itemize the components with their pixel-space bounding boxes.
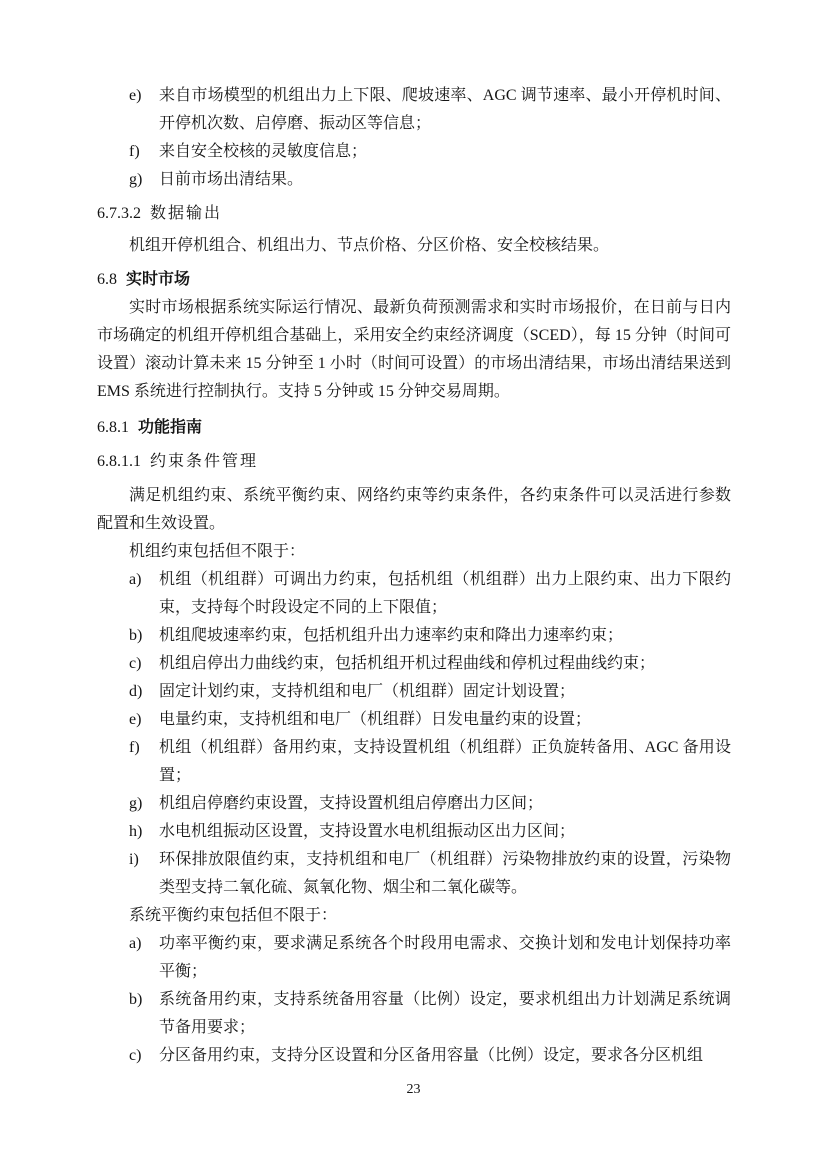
list-item-label: e) xyxy=(129,706,141,734)
list-item: f) 机组（机组群）备用约束，支持设置机组（机组群）正负旋转备用、AGC 备用设… xyxy=(97,734,731,790)
section-number: 6.8.1.1 xyxy=(97,453,141,470)
list-item: f) 来自安全校核的灵敏度信息； xyxy=(97,138,731,166)
list-item: e) 来自市场模型的机组出力上下限、爬坡速率、AGC 调节速率、最小开停机时间、… xyxy=(97,82,731,138)
unit-constraint-list: a) 机组（机组群）可调出力约束，包括机组（机组群）出力上限约束、出力下限约束，… xyxy=(97,566,731,902)
list-item-text: 机组（机组群）备用约束，支持设置机组（机组群）正负旋转备用、AGC 备用设置； xyxy=(159,739,731,784)
section-number: 6.8 xyxy=(97,271,117,288)
list-item-label: f) xyxy=(129,138,140,166)
list-item: a) 机组（机组群）可调出力约束，包括机组（机组群）出力上限约束、出力下限约束，… xyxy=(97,566,731,622)
list-item-text: 机组启停磨约束设置，支持设置机组启停磨出力区间； xyxy=(159,795,543,812)
list-item-text: 系统备用约束，支持系统备用容量（比例）设定，要求机组出力计划满足系统调节备用要求… xyxy=(159,991,731,1036)
list-item-label: e) xyxy=(129,82,141,110)
page-number: 23 xyxy=(0,1082,827,1098)
list-item: c) 分区备用约束，支持分区设置和分区备用容量（比例）设定，要求各分区机组 xyxy=(97,1042,731,1070)
list-item: c) 机组启停出力曲线约束，包括机组开机过程曲线和停机过程曲线约束； xyxy=(97,650,731,678)
paragraph-unit-constraints-lead: 机组约束包括但不限于： xyxy=(97,538,731,566)
list-item: g) 机组启停磨约束设置，支持设置机组启停磨出力区间； xyxy=(97,790,731,818)
list-item-text: 分区备用约束，支持分区设置和分区备用容量（比例）设定，要求各分区机组 xyxy=(159,1047,703,1064)
list-item-text: 机组（机组群）可调出力约束，包括机组（机组群）出力上限约束、出力下限约束，支持每… xyxy=(159,571,731,616)
system-balance-list: a) 功率平衡约束，要求满足系统各个时段用电需求、交换计划和发电计划保持功率平衡… xyxy=(97,930,731,1070)
list-item-label: b) xyxy=(129,986,142,1014)
list-item: d) 固定计划约束，支持机组和电厂（机组群）固定计划设置； xyxy=(97,678,731,706)
list-item-label: b) xyxy=(129,622,142,650)
list-item-text: 机组爬坡速率约束，包括机组升出力速率约束和降出力速率约束； xyxy=(159,627,623,644)
section-title: 功能指南 xyxy=(138,419,202,436)
page-content: e) 来自市场模型的机组出力上下限、爬坡速率、AGC 调节速率、最小开停机时间、… xyxy=(97,82,731,1070)
carryover-list: e) 来自市场模型的机组出力上下限、爬坡速率、AGC 调节速率、最小开停机时间、… xyxy=(97,82,731,194)
list-item-text: 环保排放限值约束，支持机组和电厂（机组群）污染物排放约束的设置，污染物类型支持二… xyxy=(159,851,731,896)
list-item: e) 电量约束，支持机组和电厂（机组群）日发电量约束的设置； xyxy=(97,706,731,734)
list-item-label: c) xyxy=(129,1042,141,1070)
list-item-label: c) xyxy=(129,650,141,678)
section-title: 实时市场 xyxy=(126,271,190,288)
list-item: b) 系统备用约束，支持系统备用容量（比例）设定，要求机组出力计划满足系统调节备… xyxy=(97,986,731,1042)
section-heading-constraint-mgmt: 6.8.1.1约束条件管理 xyxy=(97,448,731,476)
list-item: g) 日前市场出清结果。 xyxy=(97,166,731,194)
section-heading-function-guide: 6.8.1功能指南 xyxy=(97,414,731,442)
list-item-text: 固定计划约束，支持机组和电厂（机组群）固定计划设置； xyxy=(159,683,575,700)
list-item-label: i) xyxy=(129,846,139,874)
paragraph-realtime-market: 实时市场根据系统实际运行情况、最新负荷预测需求和实时市场报价，在日前与日内市场确… xyxy=(97,294,731,406)
section-title: 约束条件管理 xyxy=(150,453,258,470)
section-number: 6.7.3.2 xyxy=(97,205,141,222)
section-heading-data-output: 6.7.3.2数据输出 xyxy=(97,200,731,228)
list-item-label: d) xyxy=(129,678,142,706)
list-item-label: g) xyxy=(129,790,142,818)
paragraph-constraint-intro: 满足机组约束、系统平衡约束、网络约束等约束条件，各约束条件可以灵活进行参数配置和… xyxy=(97,482,731,538)
section-title: 数据输出 xyxy=(150,205,222,222)
paragraph-data-output: 机组开停机组合、机组出力、节点价格、分区价格、安全校核结果。 xyxy=(97,232,731,260)
list-item-text: 功率平衡约束，要求满足系统各个时段用电需求、交换计划和发电计划保持功率平衡； xyxy=(159,935,731,980)
list-item-text: 来自安全校核的灵敏度信息； xyxy=(159,143,367,160)
section-heading-realtime-market: 6.8实时市场 xyxy=(97,266,731,294)
list-item-label: g) xyxy=(129,166,142,194)
list-item: a) 功率平衡约束，要求满足系统各个时段用电需求、交换计划和发电计划保持功率平衡… xyxy=(97,930,731,986)
list-item-text: 水电机组振动区设置，支持设置水电机组振动区出力区间； xyxy=(159,823,575,840)
list-item-label: a) xyxy=(129,930,141,958)
list-item-label: f) xyxy=(129,734,140,762)
list-item-text: 机组启停出力曲线约束，包括机组开机过程曲线和停机过程曲线约束； xyxy=(159,655,655,672)
document-page: e) 来自市场模型的机组出力上下限、爬坡速率、AGC 调节速率、最小开停机时间、… xyxy=(0,0,827,1169)
list-item-label: h) xyxy=(129,818,142,846)
list-item: i) 环保排放限值约束，支持机组和电厂（机组群）污染物排放约束的设置，污染物类型… xyxy=(97,846,731,902)
list-item: h) 水电机组振动区设置，支持设置水电机组振动区出力区间； xyxy=(97,818,731,846)
list-item-text: 日前市场出清结果。 xyxy=(159,171,303,188)
list-item-text: 电量约束，支持机组和电厂（机组群）日发电量约束的设置； xyxy=(159,711,591,728)
list-item: b) 机组爬坡速率约束，包括机组升出力速率约束和降出力速率约束； xyxy=(97,622,731,650)
section-number: 6.8.1 xyxy=(97,419,129,436)
list-item-text: 来自市场模型的机组出力上下限、爬坡速率、AGC 调节速率、最小开停机时间、开停机… xyxy=(159,87,731,132)
paragraph-system-balance-lead: 系统平衡约束包括但不限于： xyxy=(97,902,731,930)
list-item-label: a) xyxy=(129,566,141,594)
